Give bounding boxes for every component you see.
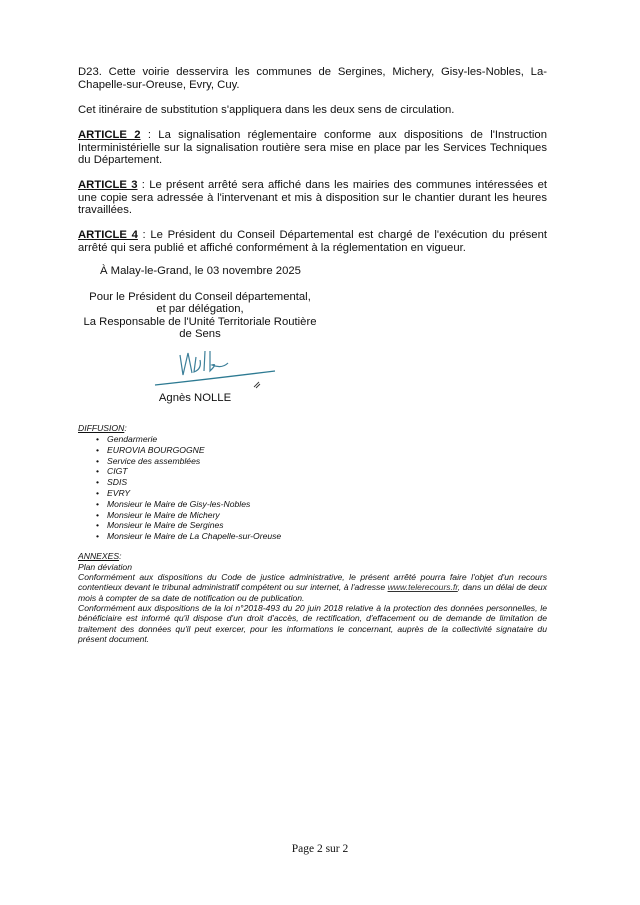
list-item: Service des assemblées — [96, 456, 281, 467]
article-4-text: : Le Président du Conseil Départemental … — [78, 229, 547, 254]
paragraph-itinerary: Cet itinéraire de substitution s'appliqu… — [78, 104, 547, 117]
diffusion-list: Gendarmerie EUROVIA BOURGOGNE Service de… — [96, 434, 281, 542]
list-item: Monsieur le Maire de La Chapelle-sur-Ore… — [96, 531, 281, 542]
annex-plan: Plan déviation — [78, 562, 547, 572]
list-item: EUROVIA BOURGOGNE — [96, 445, 281, 456]
article-3-label: ARTICLE 3 — [78, 179, 138, 191]
article-3-text: : Le présent arrêté sera affiché dans le… — [78, 179, 547, 216]
list-item: Monsieur le Maire de Gisy-les-Nobles — [96, 499, 281, 510]
signature-line-3: La Responsable de l'Unité Territoriale R… — [80, 316, 320, 328]
article-4: ARTICLE 4 : Le Président du Conseil Dépa… — [78, 229, 547, 254]
list-item: Monsieur le Maire de Michery — [96, 510, 281, 521]
article-3: ARTICLE 3 : Le présent arrêté sera affic… — [78, 179, 547, 217]
signature-line-1: Pour le Président du Conseil département… — [80, 291, 320, 303]
list-item: SDIS — [96, 477, 281, 488]
annexes-heading: ANNEXES: — [78, 551, 547, 561]
paragraph-route: D23. Cette voirie desservira les commune… — [78, 66, 547, 91]
page-number: Page 2 sur 2 — [0, 843, 640, 855]
signature-line-2: et par délégation, — [80, 303, 320, 315]
article-2-label: ARTICLE 2 — [78, 129, 141, 141]
telerecours-link[interactable]: www.telerecours.fr — [388, 582, 458, 592]
signatory-name: Agnès NOLLE — [140, 392, 250, 404]
article-2-text: : La signalisation réglementaire conform… — [78, 129, 547, 166]
diffusion-heading: DIFFUSION: — [78, 423, 547, 433]
signature-block: Pour le Président du Conseil département… — [80, 291, 320, 341]
list-item: Gendarmerie — [96, 434, 281, 445]
list-item: CIGT — [96, 466, 281, 477]
legal-data-protection: Conformément aux dispositions de la loi … — [78, 603, 547, 645]
handwritten-signature-icon — [150, 345, 280, 390]
list-item: EVRY — [96, 488, 281, 499]
place-date: À Malay-le-Grand, le 03 novembre 2025 — [100, 265, 569, 278]
legal-recourse: Conformément aux dispositions du Code de… — [78, 572, 547, 603]
list-item: Monsieur le Maire de Sergines — [96, 520, 281, 531]
signature-line-4: de Sens — [80, 328, 320, 340]
document-page: D23. Cette voirie desservira les commune… — [0, 0, 640, 905]
article-2: ARTICLE 2 : La signalisation réglementai… — [78, 129, 547, 167]
article-4-label: ARTICLE 4 — [78, 229, 138, 241]
